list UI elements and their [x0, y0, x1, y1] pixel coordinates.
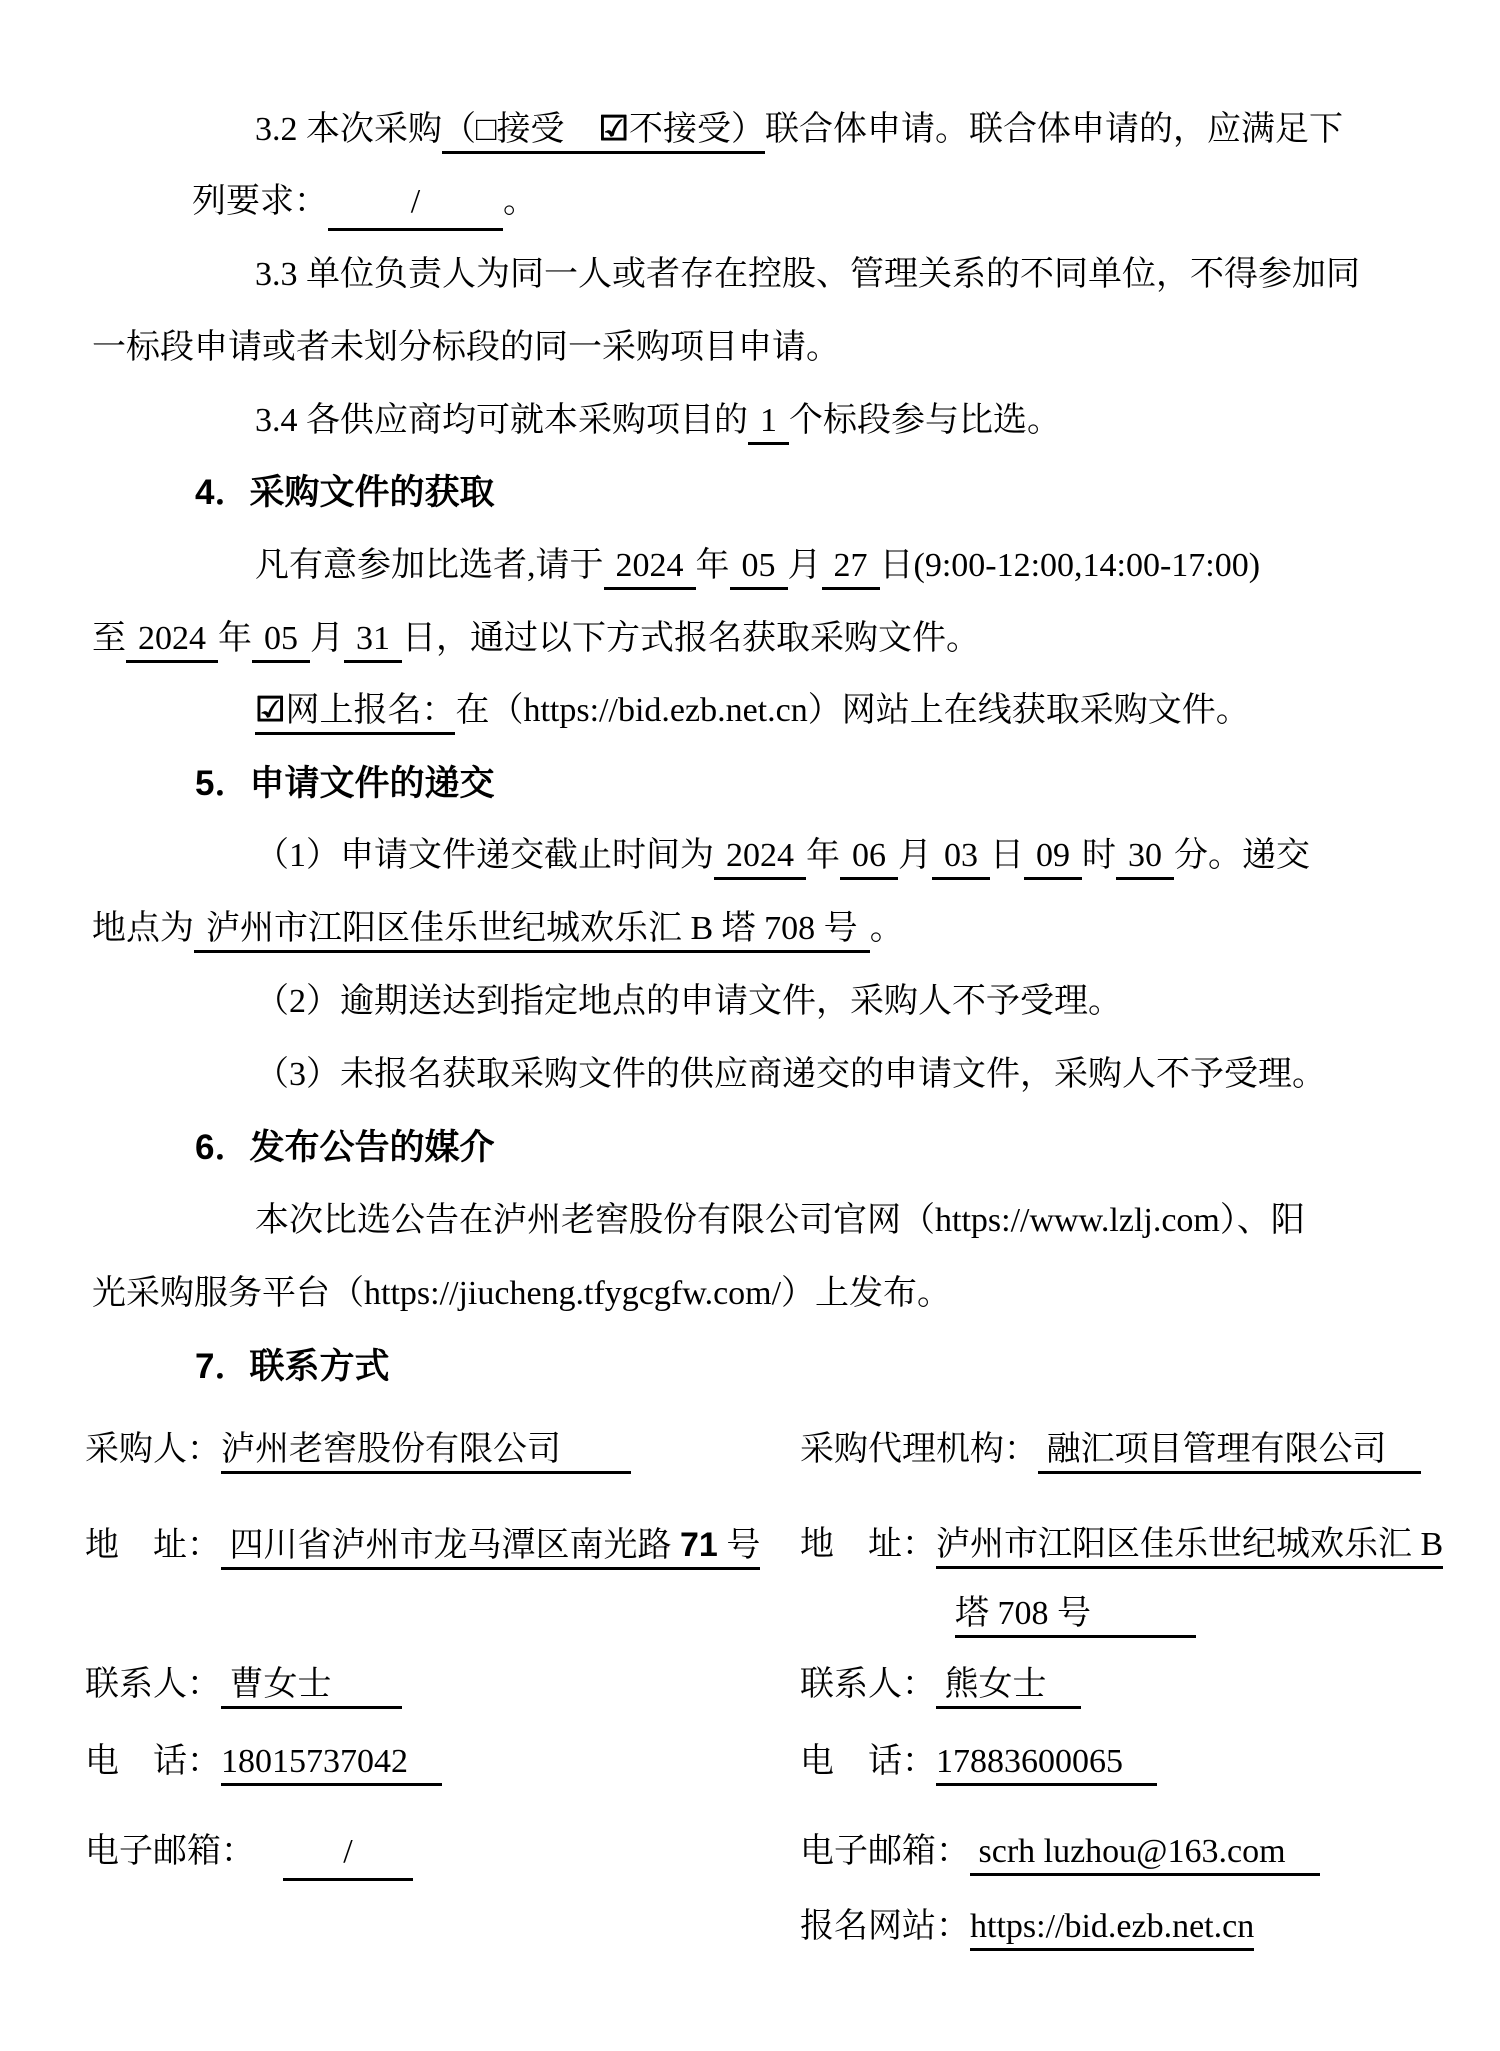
agency-address-value-line2: 塔 708 号 [955, 1595, 1196, 1638]
section-7-heading: 7．联系方式 [195, 1344, 389, 1390]
clause-3-3-line2: 一标段申请或者未划分标段的同一采购项目申请。 [92, 325, 840, 371]
section-4-heading: 4．采购文件的获取 [195, 470, 494, 516]
start-day-blank: 27 [822, 547, 880, 590]
purchaser-email-row: 电子邮箱：/ [85, 1829, 413, 1881]
year-label: 年 [218, 620, 252, 657]
start-month-blank: 05 [730, 547, 788, 590]
phone-label: 电 话： [800, 1743, 936, 1780]
month-label: 月 [898, 837, 932, 874]
time-window: (9:00-12:00,14:00-17:00) [914, 547, 1261, 584]
purchaser-contact-row: 联系人： 曹女士 [85, 1662, 402, 1708]
body-text: 凡有意参加比选者,请于 [255, 547, 604, 584]
body-text: 分。递交 [1174, 837, 1310, 874]
address-text: 号 [718, 1527, 761, 1564]
section-4-line3: ☑网上报名：在（https://bid.ezb.net.cn）网站上在线获取采购… [255, 688, 1250, 734]
address-text: 四川省泸州市龙马潭区南光路 [221, 1527, 680, 1564]
street-number: 71 [680, 1526, 718, 1564]
purchaser-phone-row: 电 话：18015737042 [85, 1739, 442, 1785]
agency-contact-row: 联系人： 熊女士 [800, 1662, 1081, 1708]
purchaser-phone-value: 18015737042 [221, 1743, 442, 1786]
online-signup-label: 网上报名： [285, 692, 455, 729]
period: 。 [870, 910, 904, 947]
section-6-line1: 本次比选公告在泸州老窖股份有限公司官网（https://www.lzlj.com… [255, 1198, 1305, 1244]
period: 。 [503, 183, 537, 220]
contact-label: 联系人： [800, 1666, 936, 1703]
clause-text: 联合体申请。联合体申请的，应满足下 [765, 111, 1343, 148]
clause-3-2-line1: 3.2 本次采购（□接受 ☑不接受）联合体申请。联合体申请的，应满足下 [255, 107, 1343, 153]
checkbox-checked-icon: ☑ [599, 111, 629, 148]
end-month-blank: 05 [252, 620, 310, 663]
day-label: 日 [990, 837, 1024, 874]
deadline-minute-blank: 30 [1116, 837, 1174, 880]
address-label: 地 址： [800, 1526, 936, 1563]
clause-text: 列要求： [192, 183, 328, 220]
year-label: 年 [696, 547, 730, 584]
year-label: 年 [806, 837, 840, 874]
section-5-line4: （3）未报名获取采购文件的供应商递交的申请文件，采购人不予受理。 [255, 1052, 1326, 1098]
delivery-address-blank: 泸州市江阳区佳乐世纪城欢乐汇 B 塔 708 号 [194, 910, 870, 953]
body-text: （1）申请文件递交截止时间为 [255, 837, 714, 874]
start-year-blank: 2024 [604, 547, 696, 590]
email-label: 电子邮箱： [85, 1833, 255, 1870]
clause-text: 个标段参与比选。 [789, 402, 1061, 439]
email-label: 电子邮箱： [800, 1833, 970, 1870]
deadline-month-blank: 06 [840, 837, 898, 880]
signup-site-label: 报名网站： [800, 1908, 970, 1945]
agency-phone-row: 电 话：17883600065 [800, 1739, 1157, 1785]
agency-contact-value: 熊女士 [936, 1666, 1081, 1709]
address-label: 地 址： [85, 1527, 221, 1564]
clause-3-4: 3.4 各供应商均可就本采购项目的1个标段参与比选。 [255, 398, 1061, 444]
body-text: 至 [92, 620, 126, 657]
purchaser-address-value: 四川省泸州市龙马潭区南光路 71 号 [221, 1527, 760, 1570]
paren-close: ） [731, 111, 765, 148]
lot-count-blank: 1 [748, 402, 789, 445]
clause-number: 3.2 [255, 111, 298, 148]
hour-label: 时 [1082, 837, 1116, 874]
section-5-heading: 5．申请文件的递交 [195, 761, 494, 807]
accept-label: 接受 [497, 111, 565, 148]
online-signup-option: ☑网上报名： [255, 692, 455, 735]
checkbox-checked-icon: ☑ [255, 692, 285, 729]
purchaser-contact-value: 曹女士 [221, 1666, 402, 1709]
agency-address-row: 地 址：泸州市江阳区佳乐世纪城欢乐汇 B [800, 1522, 1443, 1568]
section-4-line1: 凡有意参加比选者,请于2024年05月27日(9:00-12:00,14:00-… [255, 543, 1260, 589]
deadline-hour-blank: 09 [1024, 837, 1082, 880]
agency-value: 融汇项目管理有限公司 [1038, 1431, 1421, 1474]
purchaser-row: 采购人：泸州老窖股份有限公司 [85, 1427, 631, 1473]
document-page: 3.2 本次采购（□接受 ☑不接受）联合体申请。联合体申请的，应满足下 列要求：… [0, 0, 1500, 2051]
body-text: 在（https://bid.ezb.net.cn）网站上在线获取采购文件。 [455, 692, 1249, 729]
body-text: 日，通过以下方式报名获取采购文件。 [402, 620, 980, 657]
deadline-year-blank: 2024 [714, 837, 806, 880]
section-5-line2: 地点为泸州市江阳区佳乐世纪城欢乐汇 B 塔 708 号。 [92, 906, 904, 952]
agency-label: 采购代理机构： [800, 1431, 1038, 1468]
purchaser-value: 泸州老窖股份有限公司 [221, 1431, 631, 1474]
agency-address-value-line1: 泸州市江阳区佳乐世纪城欢乐汇 B [936, 1526, 1443, 1569]
section-4-line2: 至2024年05月31日，通过以下方式报名获取采购文件。 [92, 616, 980, 662]
section-6-heading: 6．发布公告的媒介 [195, 1125, 494, 1171]
day-label: 日 [880, 547, 914, 584]
section-6-line2: 光采购服务平台（https://jiucheng.tfygcgfw.com/）上… [92, 1271, 951, 1317]
agency-phone-value: 17883600065 [936, 1743, 1157, 1786]
agency-row: 采购代理机构： 融汇项目管理有限公司 [800, 1427, 1421, 1473]
body-text: 地点为 [92, 910, 194, 947]
reject-label: 不接受 [629, 111, 731, 148]
agency-email-value: scrh luzhou@163.com [970, 1833, 1320, 1876]
section-5-line3: （2）逾期送达到指定地点的申请文件，采购人不予受理。 [255, 979, 1122, 1025]
paren-open: （ [442, 111, 476, 148]
end-day-blank: 31 [344, 620, 402, 663]
checkbox-unchecked-icon: □ [476, 111, 497, 148]
phone-label: 电 话： [85, 1743, 221, 1780]
signup-site-value: https://bid.ezb.net.cn [970, 1908, 1254, 1951]
deadline-day-blank: 03 [932, 837, 990, 880]
signup-site-row: 报名网站：https://bid.ezb.net.cn [800, 1904, 1254, 1950]
purchaser-label: 采购人： [85, 1431, 221, 1468]
clause-3-3-line1: 3.3 单位负责人为同一人或者存在控股、管理关系的不同单位，不得参加同 [255, 252, 1360, 298]
purchaser-email-blank: / [283, 1829, 413, 1881]
month-label: 月 [788, 547, 822, 584]
contact-label: 联系人： [85, 1666, 221, 1703]
agency-address-row2: 塔 708 号 [955, 1591, 1196, 1637]
purchaser-address-row: 地 址： 四川省泸州市龙马潭区南光路 71 号 [85, 1522, 760, 1569]
clause-3-2-line2: 列要求：/。 [192, 179, 537, 231]
clause-text: 本次采购 [298, 111, 443, 148]
requirements-blank: / [328, 179, 503, 231]
clause-text: 3.4 各供应商均可就本采购项目的 [255, 402, 748, 439]
joint-bid-choice-blank: （□接受 ☑不接受） [442, 111, 765, 154]
agency-email-row: 电子邮箱： scrh luzhou@163.com [800, 1829, 1320, 1875]
section-5-line1: （1）申请文件递交截止时间为2024年06月03日09时30分。递交 [255, 833, 1310, 879]
end-year-blank: 2024 [126, 620, 218, 663]
month-label: 月 [310, 620, 344, 657]
